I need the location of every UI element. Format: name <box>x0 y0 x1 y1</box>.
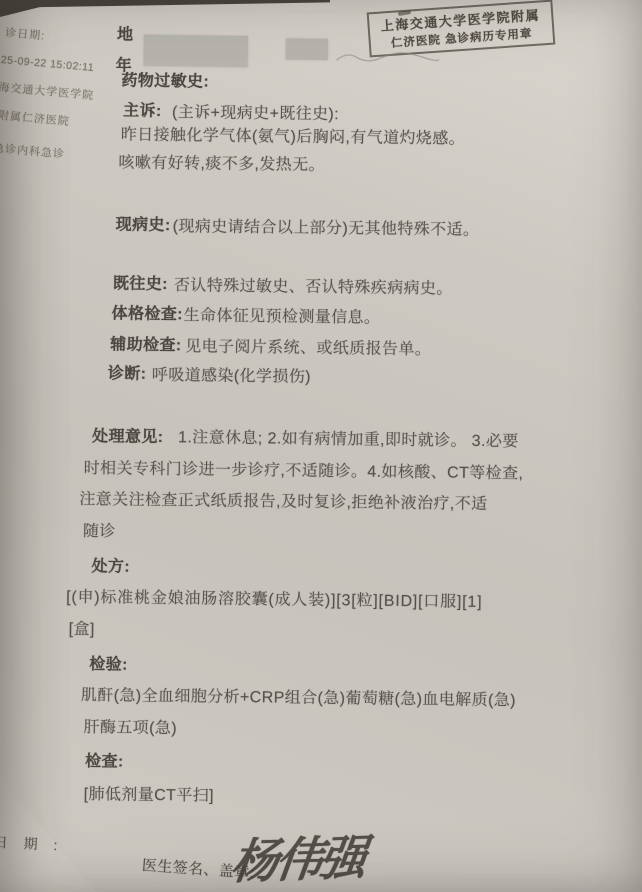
doctor-signature: 杨伟强 <box>228 820 368 892</box>
prescription-line2: [盒] <box>69 616 95 639</box>
medical-record-photo: 上海交通大学医学院附属 仁济医院 急诊病历专用章 诊日期: 25-09-22 1… <box>0 0 642 892</box>
diagnosis-label: 诊断: <box>108 360 147 383</box>
present-illness-text: (现病史请结合以上部分)无其他特殊不适。 <box>173 213 480 240</box>
diagnosis-text: 呼吸道感染(化学损伤) <box>152 362 311 387</box>
past-history-text: 否认特殊过敏史、否认特殊疾病病史。 <box>174 272 453 298</box>
print-date-label: 印 日 期 : <box>0 830 64 855</box>
prescription-label: 处方: <box>91 553 130 576</box>
physical-exam-label: 体格检查: <box>111 300 183 324</box>
auxiliary-exam-label: 辅助检查: <box>110 331 182 355</box>
imaging-exam-label: 检查: <box>85 748 124 771</box>
drug-allergy-label: 药物过敏史: <box>121 68 209 92</box>
advice-label: 处理意见: <box>92 423 164 447</box>
chief-complaint-line1: 昨日接触化学气体(氨气)后胸闷,有气道灼烧感。 <box>121 122 466 149</box>
auxiliary-exam-text: 见电子阅片系统、或纸质报告单。 <box>185 333 431 359</box>
physical-exam-text: 生命体征见预检测量信息。 <box>183 302 380 327</box>
imaging-exam-line1: [肺低剂量CT平扫] <box>84 781 215 806</box>
advice-line4: 随诊 <box>83 518 116 541</box>
advice-line2: 时相关专科门诊进一步诊疗,不适随诊。4.如核酸、CT等检查, <box>84 455 524 483</box>
lab-tests-line2: 肝酶五项(急) <box>83 714 177 738</box>
prescription-line1: [(申)标准桃金娘油肠溶胶囊(成人装)][3[粒][BID][口服][1] <box>66 584 483 612</box>
present-illness-label: 现病史: <box>116 211 171 235</box>
chief-complaint-label: 主诉: <box>123 98 162 121</box>
advice-line1: 1.注意休息; 2.如有病情加重,即时就诊。 3.必要 <box>178 424 519 451</box>
address-label: 地 <box>117 21 134 44</box>
record-body: 地 年 药物过敏史: 主诉: (主诉+现病史+既往史): 昨日接触化学气体(氨气… <box>0 0 642 892</box>
lab-tests-line1: 肌酐(急)全血细胞分析+CRP组合(急)葡萄糖(急)血电解质(急) <box>81 682 516 710</box>
lab-tests-label: 检验: <box>89 651 128 674</box>
chief-complaint-hint: (主诉+现病史+既往史): <box>172 99 339 124</box>
faint-handwriting-mark <box>333 42 443 73</box>
redaction-block-age <box>286 39 328 61</box>
chief-complaint-line2: 咳嗽有好转,痰不多,发热无。 <box>118 150 325 176</box>
past-history-label: 既往史: <box>113 270 168 294</box>
advice-line3: 注意关注检查正式纸质报告,及时复诊,拒绝补液治疗,不适 <box>79 486 487 514</box>
redaction-block-address <box>144 35 248 67</box>
